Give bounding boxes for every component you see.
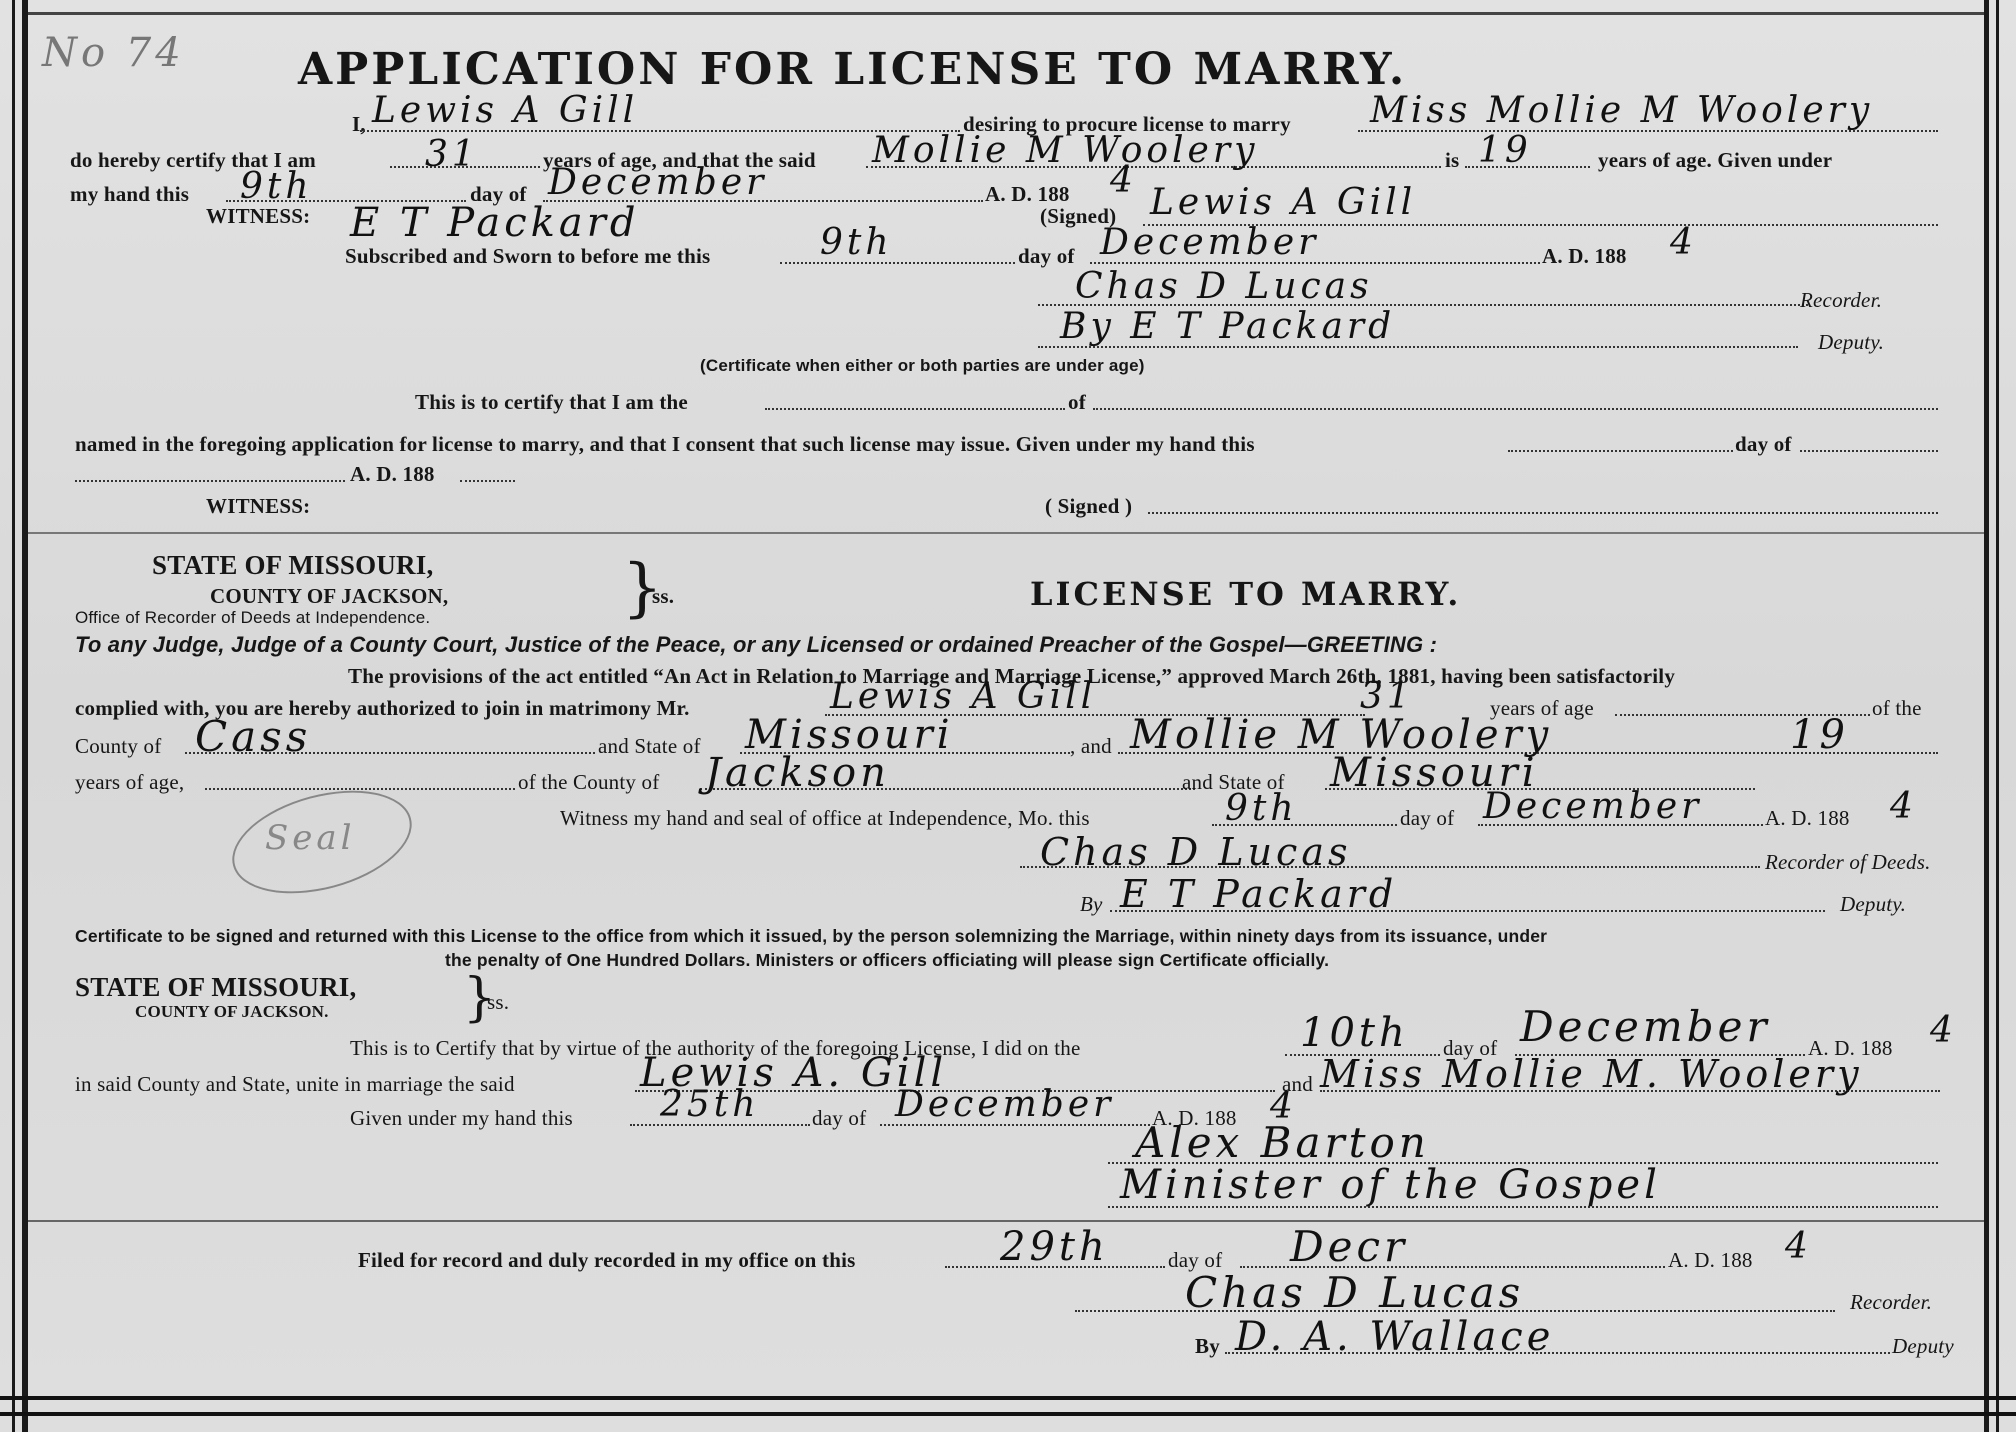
license-title: LICENSE TO MARRY. [1030,575,1461,613]
line-label: Given under my hand this [350,1106,573,1131]
line-label: This is to certify that I am the [415,390,688,415]
line-label: my hand this [70,182,189,207]
deputy-label: Deputy. [1840,892,1906,917]
greeting-line: To any Judge, Judge of a County Court, J… [75,632,1437,658]
line-label: I, [352,112,366,137]
line-label: A. D. 188 [350,462,435,487]
cert-given-day: 25th [660,1084,759,1125]
recorder-label: Recorder. [1800,288,1882,313]
consent-year-field[interactable] [460,480,515,482]
deputy-label: Deputy. [1818,330,1884,355]
married-day: 10th [1300,1010,1409,1056]
married-month: December [1520,1002,1771,1051]
filing-deputy-signature: D. A. Wallace [1235,1314,1554,1360]
given-month: December [548,162,767,203]
sworn-day-field [780,262,1015,264]
applicant-name: Lewis A Gill [372,90,638,131]
certificate-county-heading: COUNTY OF JACKSON. [135,1002,329,1022]
bride-name: Miss Mollie M Woolery [1370,90,1873,131]
seal-text: Seal [265,818,356,858]
line-label: of the County of [518,770,659,795]
sworn-year-digit: 4 [1670,222,1697,263]
groom-name: Lewis A Gill [830,676,1096,717]
top-rule [28,12,1984,15]
officiant-signature: Alex Barton [1135,1118,1430,1167]
officiant-title: Minister of the Gospel [1120,1162,1661,1208]
line-label: A. D. 188 [1668,1248,1753,1273]
filed-day: 29th [1000,1224,1109,1270]
filing-divider-rule [28,1220,1984,1222]
recorder-signature: Chas D Lucas [1075,266,1373,307]
application-title: APPLICATION FOR LICENSE TO MARRY. [298,44,1407,95]
right-border-rule-thin [1996,0,1999,1432]
line-label: years of age, [75,770,184,795]
issued-year-digit: 4 [1890,786,1917,827]
state-heading: STATE OF MISSOURI, [152,550,433,581]
line-label: County of [75,734,161,759]
consent-month-2-field[interactable] [75,480,345,482]
section-divider-rule [28,532,1984,534]
cert-given-month: December [895,1084,1114,1125]
bride-age-license: 19 [1790,712,1849,758]
line-label: Witness my hand and seal of office at In… [560,806,1090,831]
issued-month: December [1483,786,1702,827]
ss-label: ss. [652,584,674,609]
by-label: By [1195,1334,1220,1359]
signed-label: ( Signed ) [1045,494,1132,519]
bride-residence-field [205,788,515,790]
recorder-of-deeds-label: Recorder of Deeds. [1765,850,1931,875]
deputy-signature: By E T Packard [1060,306,1395,347]
consent-month-field[interactable] [1800,450,1938,452]
sworn-month: December [1100,222,1319,263]
certificate-state-heading: STATE OF MISSOURI, [75,972,356,1003]
bride-name-short: Mollie M Woolery [872,130,1258,171]
line-label: in said County and State, unite in marri… [75,1072,515,1097]
by-label: By [1080,892,1103,917]
line-label: day of [812,1106,866,1131]
recorder-label: Recorder. [1850,1290,1932,1315]
line-label: years of age. Given under [1598,148,1832,173]
line-label: named in the foregoing application for l… [75,432,1255,457]
bride-county: Jackson [705,750,890,796]
cert-bride-name: Miss Mollie M. Woolery [1320,1052,1863,1096]
county-heading: COUNTY OF JACKSON, [210,584,448,609]
consent-signature-field[interactable] [1148,512,1938,514]
consent-day-field[interactable] [1508,450,1733,452]
applicant-signature: Lewis A Gill [1150,182,1416,223]
line-label: A. D. 188 [1765,806,1850,831]
bride-age: 19 [1478,130,1532,171]
license-recorder-signature: Chas D Lucas [1040,830,1351,874]
bottom-rule [0,1396,2016,1400]
line-label: day of [1735,432,1792,457]
consent-relation-field[interactable] [765,408,1065,410]
office-line: Office of Recorder of Deeds at Independe… [75,608,430,628]
left-border-rule-thick [22,0,28,1432]
left-border-rule [12,0,15,1432]
line-label: of the [1872,696,1922,721]
marriage-license-document: No 74 APPLICATION FOR LICENSE TO MARRY. … [0,0,2016,1432]
groom-age: 31 [1360,676,1414,717]
given-year-digit: 4 [1110,160,1137,201]
record-number: No 74 [42,30,185,76]
deputy-label: Deputy [1892,1334,1954,1359]
line-label: Subscribed and Sworn to before me this [345,244,710,269]
witness-label: WITNESS: [206,204,310,229]
filed-month: Decr [1290,1222,1408,1271]
line-label: of [1068,390,1086,415]
license-deputy-signature: E T Packard [1120,872,1397,916]
filed-year-digit: 4 [1785,1226,1812,1267]
consent-heading: (Certificate when either or both parties… [700,356,1145,376]
witness-name: E T Packard [350,200,640,246]
ss-label: ss. [487,990,509,1015]
notice-line-1: Certificate to be signed and returned wi… [75,926,1547,947]
married-year-digit: 4 [1930,1010,1957,1051]
bottom-rule-2 [0,1412,2016,1416]
groom-county: Cass [195,712,311,761]
line-label: and State of [598,734,701,759]
line-label: Filed for record and duly recorded in my… [358,1248,855,1273]
line-label: , and [1070,734,1112,759]
line-label: day of [1400,806,1454,831]
filing-recorder-signature: Chas D Lucas [1185,1268,1524,1317]
sworn-day: 9th [820,222,893,263]
applicant-age: 31 [425,134,479,175]
line-label: complied with, you are hereby authorized… [75,696,690,721]
consent-of-field[interactable] [1093,408,1938,410]
given-day: 9th [240,166,313,207]
issued-day: 9th [1225,788,1298,829]
notice-line-2: the penalty of One Hundred Dollars. Mini… [445,950,1329,971]
line-label: is [1445,148,1459,173]
witness-label: WITNESS: [206,494,310,519]
line-label: day of [1018,244,1075,269]
line-label: A. D. 188 [1542,244,1627,269]
right-border-rule [1984,0,1989,1432]
